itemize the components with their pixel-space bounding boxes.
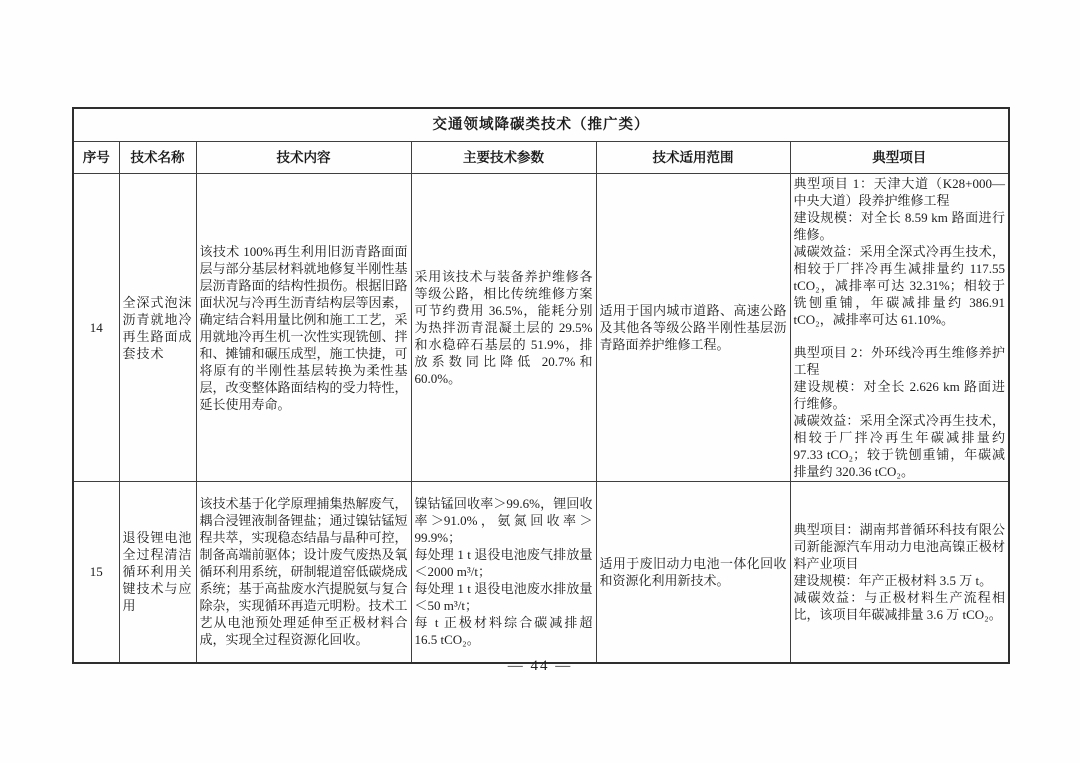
project-line: 减碳效益：采用全深式冷再生技术，相较于厂拌冷再生年碳减排量约 97.33 tCO… — [794, 412, 1006, 480]
row-number-cell: 15 — [73, 482, 119, 663]
param-line: 采用该技术与装备养护维修各等级公路，相比传统维修方案可节约费用 36.5%，能耗… — [415, 268, 593, 387]
typical-projects-cell: 典型项目：湖南邦普循环科技有限公司新能源汽车用动力电池高镍正极材料产业项目 建设… — [790, 482, 1009, 663]
tech-content-cell: 该技术基于化学原理捕集热解废气，耦合浸锂液制备锂盐；通过镍钴锰短程共萃，实现稳态… — [196, 482, 411, 663]
tech-params-cell: 采用该技术与装备养护维修各等级公路，相比传统维修方案可节约费用 36.5%，能耗… — [411, 174, 596, 482]
col-header-no: 序号 — [73, 142, 119, 174]
tech-table: 交通领域降碳类技术（推广类） 序号 技术名称 技术内容 主要技术参数 技术适用范… — [72, 107, 1010, 664]
col-header-projects: 典型项目 — [790, 142, 1009, 174]
table-row: 14 全深式泡沫沥青就地冷再生路面成套技术 该技术 100%再生利用旧沥青路面面… — [73, 174, 1009, 482]
project-line: 建设规模：对全长 8.59 km 路面进行维修。 — [794, 209, 1006, 243]
col-header-content: 技术内容 — [196, 142, 411, 174]
project-line: 建设规模：对全长 2.626 km 路面进行维修。 — [794, 378, 1006, 412]
param-line: 每处理 1 t 退役电池废气排放量＜2000 m³/t； — [415, 546, 593, 580]
project-line: 典型项目 1：天津大道（K28+000—中央大道）段养护维修工程 — [794, 175, 1006, 209]
project-line: 典型项目 2：外环线冷再生维修养护工程 — [794, 344, 1006, 378]
document-page: 交通领域降碳类技术（推广类） 序号 技术名称 技术内容 主要技术参数 技术适用范… — [0, 0, 1080, 763]
tech-name-cell: 退役锂电池全过程清洁循环利用关键技术与应用 — [119, 482, 196, 663]
page-number: — 44 — — [0, 658, 1080, 675]
col-header-scope: 技术适用范围 — [596, 142, 790, 174]
row-number-cell: 14 — [73, 174, 119, 482]
table-title: 交通领域降碳类技术（推广类） — [73, 108, 1009, 142]
col-header-name: 技术名称 — [119, 142, 196, 174]
tech-params-cell: 镍钴锰回收率＞99.6%，锂回收率＞91.0%，氨氮回收率＞99.9%； 每处理… — [411, 482, 596, 663]
project-line: 减碳效益：与正极材料生产流程相比，该项目年碳减排量 3.6 万 tCO₂。 — [794, 589, 1006, 623]
param-line: 每 t 正极材料综合碳减排超 16.5 tCO₂。 — [415, 614, 593, 648]
table-header-row: 序号 技术名称 技术内容 主要技术参数 技术适用范围 典型项目 — [73, 142, 1009, 174]
project-line: 典型项目：湖南邦普循环科技有限公司新能源汽车用动力电池高镍正极材料产业项目 — [794, 521, 1006, 572]
typical-projects-cell: 典型项目 1：天津大道（K28+000—中央大道）段养护维修工程 建设规模：对全… — [790, 174, 1009, 482]
table-title-row: 交通领域降碳类技术（推广类） — [73, 108, 1009, 142]
param-line: 每处理 1 t 退役电池废水排放量＜50 m³/t； — [415, 580, 593, 614]
project-line: 减碳效益：采用全深式冷再生技术，相较于厂拌冷再生减排量约 117.55 tCO₂… — [794, 243, 1006, 328]
project-line: 建设规模：年产正极材料 3.5 万 t。 — [794, 572, 1006, 589]
tech-scope-cell: 适用于废旧动力电池一体化回收和资源化利用新技术。 — [596, 482, 790, 663]
tech-content-cell: 该技术 100%再生利用旧沥青路面面层与部分基层材料就地修复半刚性基层沥青路面的… — [196, 174, 411, 482]
tech-name-cell: 全深式泡沫沥青就地冷再生路面成套技术 — [119, 174, 196, 482]
table-row: 15 退役锂电池全过程清洁循环利用关键技术与应用 该技术基于化学原理捕集热解废气… — [73, 482, 1009, 663]
tech-scope-cell: 适用于国内城市道路、高速公路及其他各等级公路半刚性基层沥青路面养护维修工程。 — [596, 174, 790, 482]
param-line: 镍钴锰回收率＞99.6%，锂回收率＞91.0%，氨氮回收率＞99.9%； — [415, 495, 593, 546]
col-header-params: 主要技术参数 — [411, 142, 596, 174]
